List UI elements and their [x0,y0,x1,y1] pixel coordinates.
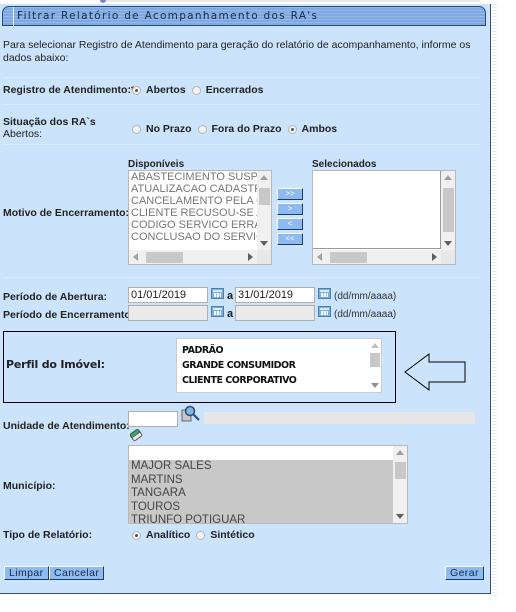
situacao-label: Situação dos RA`s Abertos: [3,116,96,140]
periodo-abertura-label: Período de Abertura: [3,291,107,303]
radio-ambos[interactable] [288,125,297,134]
left-arrow-annotation-icon [403,352,467,392]
scroll-thumb[interactable] [370,353,380,367]
list-item[interactable]: CLIENTE CORPORATIVO [177,373,381,388]
motivo-selected-list[interactable] [312,170,456,265]
unidade-code-input[interactable] [128,411,178,427]
encerramento-end-input[interactable] [235,305,315,321]
list-item[interactable]: ATUALIZACAO CADASTRAL [129,183,257,195]
date-format-hint: (dd/mm/aaaa) [334,309,396,320]
radio-ambos-label: Ambos [302,123,338,135]
generate-button[interactable]: Gerar [445,566,484,580]
abertura-end-input[interactable] [235,287,315,303]
radio-fora-do-prazo[interactable] [198,125,207,134]
panel-title-bar: Filtrar Relatório de Acompanhamento dos … [2,6,486,26]
remove-all-button[interactable]: << [277,233,303,245]
scroll-right-icon[interactable] [248,253,253,261]
encerramento-start-input[interactable] [128,305,208,321]
scroll-thumb[interactable] [146,252,183,263]
radio-analitico-label: Analítico [146,529,190,541]
motivo-label: Motivo de Encerramento: [3,207,129,219]
municipio-items: MAJOR SALESMARTINSTANGARATOUROSTRIUNFO P… [129,446,407,524]
date-format-hint: (dd/mm/aaaa) [334,291,396,302]
list-item[interactable]: GRANDE CONSUMIDOR [177,358,381,373]
calendar-icon[interactable] [211,288,224,299]
divider [3,104,481,105]
horizontal-scrollbar[interactable] [129,250,257,264]
list-item[interactable]: CODIGO SERVICO ERRADO [129,219,257,231]
perfil-items: PADRÃOGRANDE CONSUMIDORCLIENTE CORPORATI… [177,339,381,388]
scroll-left-icon[interactable] [317,253,322,261]
situacao-label-line1: Situação dos RA`s [3,116,96,128]
scroll-up-icon[interactable] [396,450,404,455]
panel-edge [492,4,497,598]
calendar-icon[interactable] [211,306,224,317]
periodo-encerramento-label: Período de Encerramento: [3,309,134,321]
divider [3,277,481,278]
radio-no-prazo-label: No Prazo [146,123,192,135]
tipo-radio-group: Analítico Sintético [130,529,259,541]
scroll-corner [257,250,271,264]
horizontal-scrollbar[interactable] [313,250,441,264]
radio-abertos[interactable] [132,86,141,95]
scroll-down-icon[interactable] [396,514,404,519]
unidade-description [204,412,475,424]
abertura-start-input[interactable] [128,287,208,303]
scroll-thumb[interactable] [395,462,406,479]
scroll-right-icon[interactable] [432,253,437,261]
scroll-thumb[interactable] [443,188,454,232]
calendar-icon[interactable] [318,288,331,299]
list-item[interactable]: CONCLUSAO DO SERVICO [129,231,257,243]
scroll-down-icon[interactable] [260,241,268,246]
title-notch [13,7,14,26]
situacao-label-line2: Abertos: [3,128,96,140]
unidade-label: Unidade de Atendimento: [3,420,130,432]
selected-items-area [313,171,441,249]
perfil-label: Perfil do Imóvel: [6,358,105,371]
scroll-up-icon[interactable] [444,175,452,180]
cancel-button[interactable]: Cancelar [49,566,104,580]
registro-radio-group: Abertos Encerrados [130,84,267,96]
remove-one-button[interactable]: < [277,218,303,230]
list-item[interactable]: CLIENTE RECUSOU-SE A [129,207,257,219]
radio-abertos-label: Abertos [146,84,186,96]
range-separator: a [227,290,233,302]
disponiveis-header: Disponíveis [128,159,184,170]
clear-button[interactable]: Limpar [4,566,49,580]
breadcrumb-icon [100,0,106,3]
vertical-scrollbar[interactable] [441,171,455,250]
radio-fora-do-prazo-label: Fora do Prazo [212,123,282,135]
municipio-label: Município: [3,480,56,492]
radio-sintetico-label: Sintético [210,529,254,541]
scroll-down-icon[interactable] [444,241,452,246]
eraser-icon[interactable] [129,428,143,442]
situacao-radio-group: No Prazo Fora do Prazo Ambos [130,123,341,135]
range-separator: a [227,308,233,320]
intro-text: Para selecionar Registro de Atendimento … [3,39,473,65]
list-item[interactable]: MARTINS [129,474,395,488]
radio-no-prazo[interactable] [132,125,141,134]
radio-encerrados[interactable] [192,86,201,95]
breadcrumb-remnant [100,0,480,2]
list-item[interactable]: PADRÃO [177,343,381,358]
calendar-icon[interactable] [318,306,331,317]
list-item[interactable]: TRIUNFO POTIGUAR [129,514,395,524]
list-item[interactable]: MAJOR SALES [129,460,395,474]
search-icon[interactable] [181,405,201,423]
motivo-available-items: ABASTECIMENTO SUSPENSOATUALIZACAO CADAST… [129,171,257,243]
radio-encerrados-label: Encerrados [206,84,264,96]
selecionados-header: Selecionados [312,159,376,170]
page-title: Filtrar Relatório de Acompanhamento dos … [17,10,318,22]
list-item[interactable] [129,446,407,460]
vertical-scrollbar[interactable] [393,446,407,523]
list-item[interactable]: ABASTECIMENTO SUSPENSO [129,171,257,183]
scroll-up-icon[interactable] [260,175,268,180]
scroll-up-icon[interactable] [371,343,379,348]
add-one-button[interactable]: > [277,203,303,215]
list-item[interactable]: CANCELAMENTO PELA CAERN [129,195,257,207]
registro-label-text: Registro de Atendimento: [3,84,131,96]
perfil-list[interactable]: PADRÃOGRANDE CONSUMIDORCLIENTE CORPORATI… [176,338,382,393]
radio-sintetico[interactable] [196,531,205,540]
divider [3,77,481,78]
registro-label: Registro de Atendimento:* [3,84,135,96]
scroll-down-icon[interactable] [371,383,379,388]
motivo-available-list[interactable]: ABASTECIMENTO SUSPENSOATUALIZACAO CADAST… [128,170,272,265]
scroll-corner [441,250,455,264]
list-item[interactable]: TANGARA [129,487,395,501]
list-item[interactable]: TOUROS [129,501,395,515]
scroll-thumb[interactable] [330,252,367,263]
scroll-thumb[interactable] [259,188,270,205]
divider [3,144,481,145]
scroll-left-icon[interactable] [133,253,138,261]
vertical-scrollbar[interactable] [369,339,381,392]
vertical-scrollbar[interactable] [257,171,271,250]
add-all-button[interactable]: >> [277,188,303,200]
radio-analitico[interactable] [132,531,141,540]
tipo-label: Tipo de Relatório: [3,529,92,541]
municipio-list[interactable]: MAJOR SALESMARTINSTANGARATOUROSTRIUNFO P… [128,445,408,524]
